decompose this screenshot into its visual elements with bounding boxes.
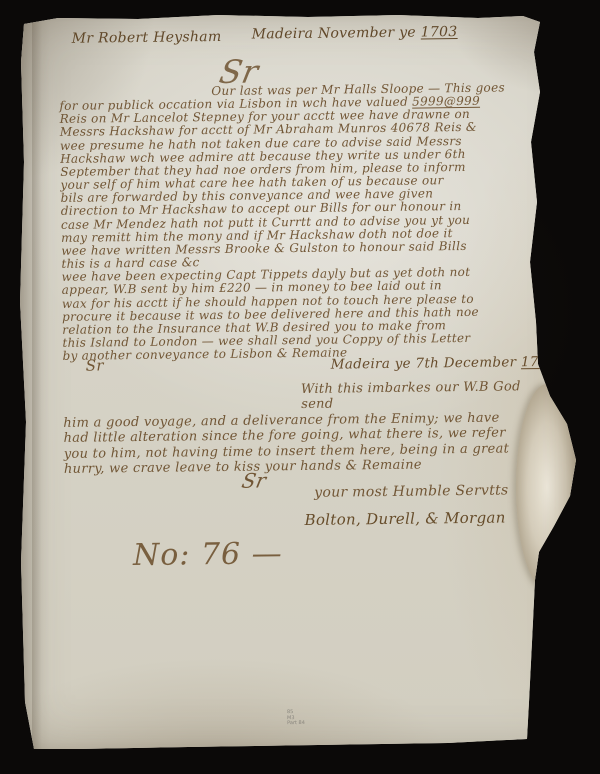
heading-addressee: Mr Robert Heysham — [72, 29, 222, 47]
body-paragraph-1: Our last was per Mr Halls Sloope — This … — [59, 81, 554, 363]
second-dateline-year: 1703 — [521, 354, 557, 370]
photo-background: Mr Robert Heysham Madeira November ye 17… — [0, 0, 600, 774]
second-dateline-flourish: @ — [556, 354, 570, 370]
docket-number: No: 76 — — [133, 536, 283, 573]
archival-pencil-note: 85 M3 Part 84 — [287, 710, 305, 727]
heading-year: 1703 — [421, 24, 458, 40]
second-dateline-place: Madeira ye 7th December — [331, 354, 521, 372]
manuscript-text-layer: Mr Robert Heysham Madeira November ye 17… — [14, 9, 585, 756]
heading-place: Madeira November ye — [252, 24, 421, 42]
closing-servant-line: your most Humble Servtts — [314, 482, 508, 500]
heading-dateline: Madeira November ye 1703 — [252, 24, 458, 43]
closing-salutation-flourish: Sr — [240, 468, 269, 492]
second-salutation: Sr — [86, 356, 104, 374]
second-dateline: Madeira ye 7th December 1703@ — [331, 354, 571, 373]
signature-line: Bolton, Durell, & Morgan — [304, 508, 505, 528]
body-paragraph-2: With this imbarkes our W.B God send him … — [63, 379, 556, 477]
letter-page: Mr Robert Heysham Madeira November ye 17… — [18, 12, 580, 752]
